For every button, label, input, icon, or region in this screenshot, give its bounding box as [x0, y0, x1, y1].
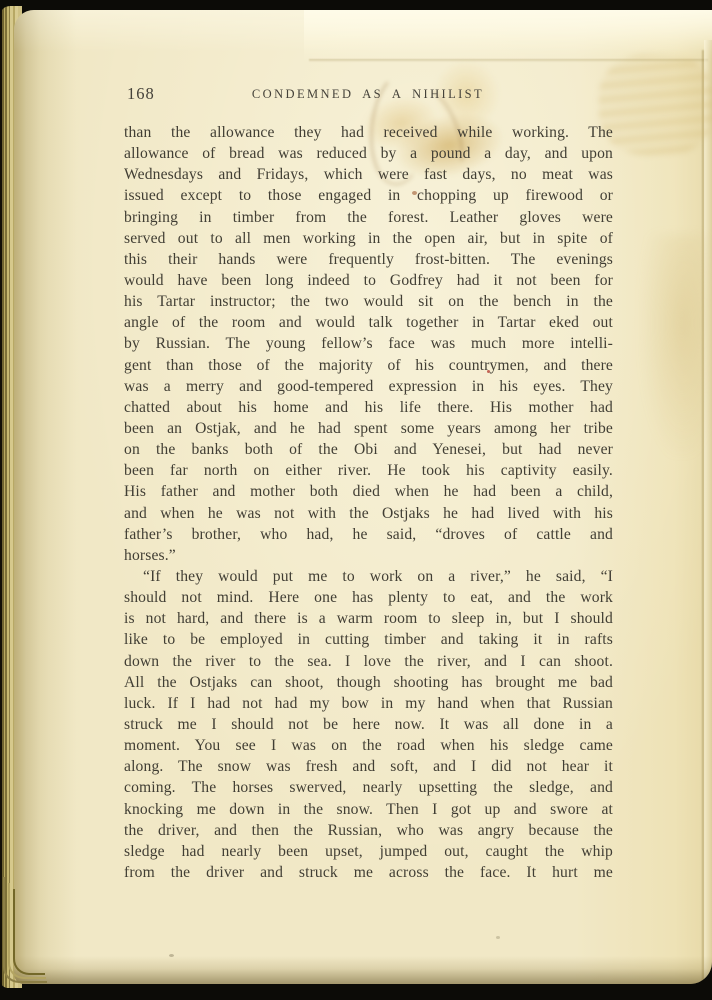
text-line: issued except to those engaged in choppi…: [124, 185, 613, 206]
body-text: than the allowance they had received whi…: [124, 122, 613, 883]
scanned-book-page: 168 CONDEMNED AS A NIHILIST than the all…: [0, 0, 712, 1000]
text-line: would have been long indeed to Godfrey h…: [124, 270, 613, 291]
page-header: 168 CONDEMNED AS A NIHILIST: [124, 84, 612, 106]
text-line: coming. The horses swerved, nearly upset…: [124, 777, 613, 798]
text-line: like to be employed in cutting timber an…: [124, 629, 613, 650]
book-page: 168 CONDEMNED AS A NIHILIST than the all…: [14, 10, 712, 984]
stain-top-right: [599, 55, 712, 155]
text-line: “If they would put me to work on a river…: [124, 566, 613, 587]
text-line: Wednesdays and Fridays, which were fast …: [124, 164, 613, 185]
text-line: from the driver and struck me across the…: [124, 862, 613, 883]
text-line: by Russian. The young fellow’s face was …: [124, 333, 613, 354]
text-line: is not hard, and there is a warm room to…: [124, 608, 613, 629]
text-line: sledge had nearly been upset, jumped out…: [124, 841, 613, 862]
text-line: been far north on either river. He took …: [124, 460, 613, 481]
gutter-shadow: [14, 10, 76, 984]
text-line: moment. You see I was on the road when h…: [124, 735, 613, 756]
text-line: and when he was not with the Ostjaks he …: [124, 503, 613, 524]
speck: [169, 954, 174, 957]
text-line: been an Ostjak, and he had spent some ye…: [124, 418, 613, 439]
text-line: angle of the room and would talk togethe…: [124, 312, 613, 333]
text-line: than the allowance they had received whi…: [124, 122, 613, 143]
text-line: luck. If I had not had my bow in my hand…: [124, 693, 613, 714]
text-line: was a merry and good-tempered expression…: [124, 376, 613, 397]
text-line: gent than those of the majority of his c…: [124, 355, 613, 376]
text-line: struck me I should not be here now. It w…: [124, 714, 613, 735]
speck: [496, 936, 500, 939]
page-stack-bottom-left: [13, 889, 45, 975]
text-line: served out to all men working in the ope…: [124, 228, 613, 249]
text-line: father’s brother, who had, he said, “dro…: [124, 524, 613, 545]
text-line: down the river to the sea. I love the ri…: [124, 651, 613, 672]
text-line: allowance of bread was reduced by a poun…: [124, 143, 613, 164]
text-line: on the banks both of the Obi and Yenesei…: [124, 439, 613, 460]
running-title: CONDEMNED AS A NIHILIST: [124, 87, 612, 102]
text-line: the driver, and then the Russian, who wa…: [124, 820, 613, 841]
text-line: his Tartar instructor; the two would sit…: [124, 291, 613, 312]
text-line: bringing in timber from the forest. Leat…: [124, 207, 613, 228]
stain-right-faint: [642, 235, 708, 455]
text-line: should not mind. Here one has plenty to …: [124, 587, 613, 608]
text-line: knocking me down in the snow. Then I got…: [124, 799, 613, 820]
text-line: chatted about his home and his life ther…: [124, 397, 613, 418]
page-bottom-shadow: [14, 956, 712, 984]
text-line: His father and mother both died when he …: [124, 481, 613, 502]
text-line: horses.”: [124, 545, 613, 566]
text-line: along. The snow was fresh and soft, and …: [124, 756, 613, 777]
page-right-edge-strip: [704, 40, 712, 984]
text-line: this their hands were frequently frost-b…: [124, 249, 613, 270]
text-line: All the Ostjaks can shoot, though shooti…: [124, 672, 613, 693]
